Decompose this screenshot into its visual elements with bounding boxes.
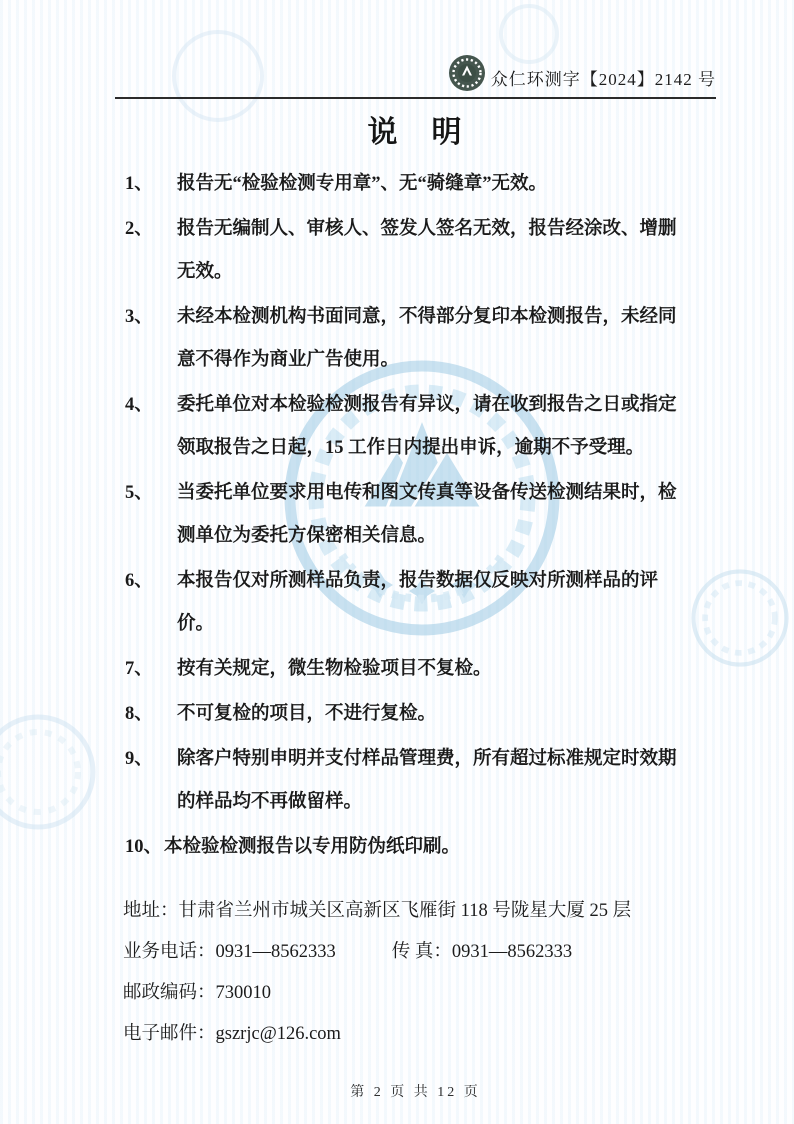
list-item: 2、 报告无编制人、审核人、签发人签名无效，报告经涂改、增删无效。 bbox=[125, 208, 716, 294]
list-item: 1、 报告无“检验检测专用章”、无“骑缝章”无效。 bbox=[125, 163, 716, 206]
fax-label: 传 真： bbox=[392, 932, 452, 973]
list-item: 8、 不可复检的项目，不进行复检。 bbox=[125, 693, 716, 736]
item-number: 6、 bbox=[125, 560, 177, 646]
item-text: 不可复检的项目，不进行复检。 bbox=[177, 693, 680, 736]
fax-group: 传 真： 0931—8562333 bbox=[392, 932, 572, 973]
item-text: 本报告仅对所测样品负责，报告数据仅反映对所测样品的评价。 bbox=[177, 560, 680, 646]
list-item: 3、 未经本检测机构书面同意，不得部分复印本检测报告，未经同意不得作为商业广告使… bbox=[125, 296, 716, 382]
contact-address-row: 地址： 甘肃省兰州市城关区高新区飞雁街 118 号陇星大厦 25 层 bbox=[123, 891, 716, 932]
list-item: 7、 按有关规定，微生物检验项目不复检。 bbox=[125, 648, 716, 691]
item-text: 报告无编制人、审核人、签发人签名无效，报告经涂改、增删无效。 bbox=[177, 208, 680, 294]
contact-email-row: 电子邮件： gszrjc@126.com bbox=[123, 1014, 716, 1055]
report-notes-page: 众仁环测字【2024】2142 号 说 明 1、 报告无“检验检测专用章”、无“… bbox=[0, 0, 794, 1124]
list-item: 10、 本检验检测报告以专用防伪纸印刷。 bbox=[125, 826, 716, 869]
contact-postcode-row: 邮政编码： 730010 bbox=[123, 973, 716, 1014]
page-title: 说 明 bbox=[115, 107, 716, 151]
document-header: 众仁环测字【2024】2142 号 bbox=[115, 0, 716, 92]
list-item: 9、 除客户特别申明并支付样品管理费，所有超过标准规定时效期的样品均不再做留样。 bbox=[125, 738, 716, 824]
postcode-label: 邮政编码： bbox=[123, 973, 216, 1014]
item-text: 报告无“检验检测专用章”、无“骑缝章”无效。 bbox=[177, 163, 680, 206]
notes-list: 1、 报告无“检验检测专用章”、无“骑缝章”无效。 2、 报告无编制人、审核人、… bbox=[125, 163, 716, 869]
item-number: 10、 bbox=[125, 826, 162, 869]
doc-number: 众仁环测字【2024】2142 号 bbox=[491, 70, 716, 92]
item-number: 5、 bbox=[125, 472, 177, 558]
address-value: 甘肃省兰州市城关区高新区飞雁街 118 号陇星大厦 25 层 bbox=[179, 891, 632, 932]
page-number: 第 2 页 共 12 页 bbox=[115, 1081, 716, 1101]
phone-label: 业务电话： bbox=[123, 932, 216, 973]
org-seal-icon bbox=[448, 54, 486, 92]
edge-stamp-left-icon bbox=[0, 712, 98, 832]
header-rule bbox=[115, 97, 716, 99]
list-item: 4、 委托单位对本检验检测报告有异议，请在收到报告之日或指定领取报告之日起，15… bbox=[125, 384, 716, 470]
item-number: 4、 bbox=[125, 384, 177, 470]
item-text: 未经本检测机构书面同意，不得部分复印本检测报告，未经同意不得作为商业广告使用。 bbox=[177, 296, 680, 382]
item-text: 当委托单位要求用电传和图文传真等设备传送检测结果时，检测单位为委托方保密相关信息… bbox=[177, 472, 680, 558]
email-value: gszrjc@126.com bbox=[216, 1014, 341, 1055]
address-label: 地址： bbox=[123, 891, 179, 932]
fax-value: 0931—8562333 bbox=[452, 932, 572, 973]
item-number: 2、 bbox=[125, 208, 177, 294]
phone-value: 0931—8562333 bbox=[216, 932, 336, 973]
item-text: 委托单位对本检验检测报告有异议，请在收到报告之日或指定领取报告之日起，15 工作… bbox=[177, 384, 680, 470]
item-number: 7、 bbox=[125, 648, 177, 691]
contact-block: 地址： 甘肃省兰州市城关区高新区飞雁街 118 号陇星大厦 25 层 业务电话：… bbox=[123, 891, 716, 1055]
item-text: 除客户特别申明并支付样品管理费，所有超过标准规定时效期的样品均不再做留样。 bbox=[177, 738, 680, 824]
item-number: 9、 bbox=[125, 738, 177, 824]
postcode-value: 730010 bbox=[216, 973, 272, 1014]
item-number: 3、 bbox=[125, 296, 177, 382]
item-text: 本检验检测报告以专用防伪纸印刷。 bbox=[164, 826, 667, 869]
item-number: 8、 bbox=[125, 693, 177, 736]
contact-phone-row: 业务电话： 0931—8562333 传 真： 0931—8562333 bbox=[123, 932, 716, 973]
item-text: 按有关规定，微生物检验项目不复检。 bbox=[177, 648, 680, 691]
item-number: 1、 bbox=[125, 163, 177, 206]
list-item: 5、 当委托单位要求用电传和图文传真等设备传送检测结果时，检测单位为委托方保密相… bbox=[125, 472, 716, 558]
list-item: 6、 本报告仅对所测样品负责，报告数据仅反映对所测样品的评价。 bbox=[125, 560, 716, 646]
email-label: 电子邮件： bbox=[123, 1014, 216, 1055]
